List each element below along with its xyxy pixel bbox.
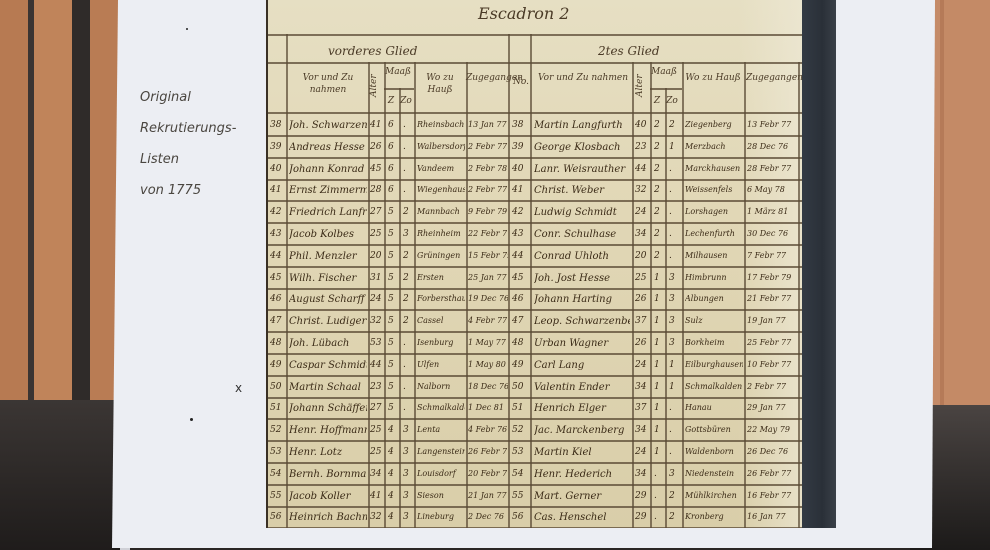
joined-date: 13 Febr 77 — [747, 120, 797, 129]
joined-date: 1 May 77 — [468, 338, 508, 347]
row-number: 55 — [512, 491, 530, 501]
col-header-feet: Z — [384, 95, 398, 107]
joined-date: 4 Febr 76 — [468, 425, 508, 434]
joined-date: 20 Febr 77 — [468, 469, 508, 478]
height-inches: . — [669, 447, 679, 457]
height-feet: 2 — [654, 229, 664, 239]
ledger-title: Escadron 2 — [478, 4, 569, 23]
height-feet: 2 — [654, 185, 664, 195]
height-inches: 1 — [669, 360, 679, 370]
height-feet: 1 — [654, 316, 664, 326]
height-feet: 2 — [654, 207, 664, 217]
height-inches: . — [669, 229, 679, 239]
recruit-age: 27 — [370, 403, 384, 413]
recruit-age: 31 — [370, 273, 384, 283]
recruit-age: 26 — [635, 338, 649, 348]
height-feet: 4 — [388, 512, 398, 522]
rule — [650, 88, 682, 90]
height-inches: 3 — [669, 273, 679, 283]
recruit-name: Martin Langfurth — [534, 120, 630, 131]
recruit-age: 41 — [370, 491, 384, 501]
recruit-name: Conr. Schulhase — [534, 229, 630, 240]
home-town: Lineburg — [417, 512, 465, 521]
home-town: Vandeem — [417, 164, 465, 173]
note-line: Listen — [140, 144, 270, 175]
home-town: Nalborn — [417, 382, 465, 391]
note-line: Rekrutierungs- — [140, 113, 270, 144]
height-inches: . — [669, 164, 679, 174]
joined-date: 30 Dec 76 — [747, 229, 797, 238]
row-number: 38 — [270, 120, 286, 130]
home-town: Sulz — [685, 316, 743, 325]
row-number: 46 — [270, 294, 286, 304]
joined-date: 18 Dec 76 — [468, 382, 508, 391]
height-inches: . — [403, 120, 413, 130]
recruit-age: 37 — [635, 403, 649, 413]
joined-date: 25 Febr 77 — [747, 338, 797, 347]
recruit-name: Carl Lang — [534, 360, 630, 371]
recruit-name: Johann Konrad — [289, 164, 367, 175]
height-inches: . — [669, 185, 679, 195]
ink-dot — [190, 418, 193, 421]
row-number: 43 — [270, 229, 286, 239]
joined-date: 28 Febr 77 — [747, 164, 797, 173]
joined-date: 2 Dec 76 — [468, 512, 508, 521]
row-number: 46 — [512, 294, 530, 304]
home-town: Ersten — [417, 273, 465, 282]
height-feet: 1 — [654, 360, 664, 370]
height-inches: 2 — [403, 273, 413, 283]
joined-date: 10 Febr 77 — [747, 360, 797, 369]
col-header-height: Maaß — [650, 66, 678, 78]
recruit-name: Ludwig Schmidt — [534, 207, 630, 218]
joined-date: 6 May 78 — [747, 185, 797, 194]
recruit-age: 32 — [370, 512, 384, 522]
recruit-age: 23 — [635, 142, 649, 152]
home-town: Schmalkalden — [417, 403, 465, 412]
joined-date: 2 Febr 78 — [468, 164, 508, 173]
height-inches: 3 — [403, 469, 413, 479]
col-header-feet: Z — [650, 95, 664, 107]
recruit-age: 34 — [635, 469, 649, 479]
height-inches: 3 — [403, 425, 413, 435]
row-number: 49 — [512, 360, 530, 370]
row-number: 40 — [512, 164, 530, 174]
row-number: 52 — [270, 425, 286, 435]
recruit-name: Valentin Ender — [534, 382, 630, 393]
recruit-age: 23 — [370, 382, 384, 392]
recruit-name: Heinrich Bachmann — [289, 512, 367, 523]
recruit-age: 20 — [370, 251, 384, 261]
height-inches: 2 — [403, 251, 413, 261]
joined-date: 19 Dec 76 — [468, 294, 508, 303]
recruit-name: Bernh. Bornmann — [289, 469, 367, 480]
row-number: 45 — [270, 273, 286, 283]
joined-date: 26 Febr 77 — [468, 447, 508, 456]
joined-date: 16 Febr 77 — [747, 491, 797, 500]
recruit-age: 44 — [635, 164, 649, 174]
height-feet: 5 — [388, 382, 398, 392]
joined-date: 17 Febr 79 — [747, 273, 797, 282]
col-header-home: Wo zu Hauß — [416, 72, 464, 96]
height-feet: 5 — [388, 294, 398, 304]
recruit-name: Martin Schaal — [289, 382, 367, 393]
recruit-name: Jac. Marckenberg — [534, 425, 630, 436]
recruit-age: 29 — [635, 512, 649, 522]
table-row: 56 Heinrich Bachmann 32 4 3 Lineburg 2 D… — [268, 506, 802, 528]
recruit-name: Phil. Menzler — [289, 251, 367, 262]
row-number: 48 — [512, 338, 530, 348]
height-feet: . — [654, 512, 664, 522]
recruit-name: Henr. Hoffmann — [289, 425, 367, 436]
recruit-age: 40 — [635, 120, 649, 130]
recruit-name: Cas. Henschel — [534, 512, 630, 523]
home-town: Hanau — [685, 403, 743, 412]
joined-date: 25 Jan 77 — [468, 273, 508, 282]
recruit-age: 24 — [635, 360, 649, 370]
recruit-age: 37 — [635, 316, 649, 326]
margin-mark: x — [235, 381, 242, 395]
row-number: 53 — [512, 447, 530, 457]
col-header-inches: Zo — [399, 95, 413, 107]
joined-date: 13 Jan 77 — [468, 120, 508, 129]
row-number: 52 — [512, 425, 530, 435]
height-inches: 2 — [669, 491, 679, 501]
col-header-joined: Zugegangen — [466, 72, 506, 84]
joined-date: 21 Jan 77 — [468, 491, 508, 500]
height-inches: 1 — [669, 382, 679, 392]
joined-date: 7 Febr 77 — [747, 251, 797, 260]
home-town: Borkheim — [685, 338, 743, 347]
joined-date: 29 Jan 77 — [747, 403, 797, 412]
home-town: Mühlkirchen — [685, 491, 743, 500]
recruit-name: August Scharff — [289, 294, 367, 305]
recruit-age: 41 — [370, 120, 384, 130]
height-feet: 5 — [388, 207, 398, 217]
home-town: Louisdorf — [417, 469, 465, 478]
handwritten-note: Original Rekrutierungs- Listen von 1775 — [140, 82, 270, 206]
height-feet: 6 — [388, 185, 398, 195]
row-number: 54 — [270, 469, 286, 479]
height-feet: 5 — [388, 316, 398, 326]
height-inches: 3 — [669, 469, 679, 479]
col-header-height: Maaß — [384, 66, 412, 78]
recruit-name: Caspar Schmidt — [289, 360, 367, 371]
rule — [268, 34, 802, 36]
recruit-name: Friedrich Lanfried — [289, 207, 367, 218]
height-inches: 3 — [403, 447, 413, 457]
joined-date: 26 Dec 76 — [747, 447, 797, 456]
row-number: 56 — [270, 512, 286, 522]
home-town: Himbrunn — [685, 273, 743, 282]
height-feet: 5 — [388, 338, 398, 348]
height-inches: . — [403, 360, 413, 370]
col-header-joined: Zugegangen — [746, 72, 796, 84]
joined-date: 2 Febr 77 — [468, 142, 508, 151]
recruit-age: 20 — [635, 251, 649, 261]
home-town: Rheinheim — [417, 229, 465, 238]
row-number: 54 — [512, 469, 530, 479]
joined-date: 1 März 81 — [747, 207, 797, 216]
note-line: Original — [140, 82, 270, 113]
recruit-name: Mart. Gerner — [534, 491, 630, 502]
recruit-name: Jacob Kolbes — [289, 229, 367, 240]
home-town: Weissenfels — [685, 185, 743, 194]
recruit-age: 24 — [635, 207, 649, 217]
height-inches: . — [403, 142, 413, 152]
home-town: Merzbach — [685, 142, 743, 151]
height-feet: 5 — [388, 251, 398, 261]
recruit-age: 34 — [635, 229, 649, 239]
height-feet: 1 — [654, 338, 664, 348]
home-town: Mannbach — [417, 207, 465, 216]
height-inches: 3 — [403, 512, 413, 522]
home-town: Ulfen — [417, 360, 465, 369]
row-number: 39 — [512, 142, 530, 152]
rule — [268, 62, 802, 64]
row-number: 47 — [512, 316, 530, 326]
recruit-age: 34 — [635, 382, 649, 392]
recruit-age: 34 — [635, 425, 649, 435]
recruit-name: Lanr. Weisrauther — [534, 164, 630, 175]
height-feet: 4 — [388, 469, 398, 479]
recruit-name: Henrich Elger — [534, 403, 630, 414]
recruit-age: 26 — [370, 142, 384, 152]
home-town: Eilburghausen — [685, 360, 743, 369]
joined-date: 28 Dec 76 — [747, 142, 797, 151]
height-feet: 5 — [388, 273, 398, 283]
joined-date: 22 May 79 — [747, 425, 797, 434]
recruit-age: 29 — [635, 491, 649, 501]
home-town: Wiegenhausen — [417, 185, 465, 194]
joined-date: 9 Febr 79 — [468, 207, 508, 216]
recruit-name: Joh. Schwarzenberg — [289, 120, 367, 131]
recruit-name: Johann Harting — [534, 294, 630, 305]
height-inches: 1 — [669, 142, 679, 152]
recruit-age: 25 — [370, 425, 384, 435]
recruit-age: 25 — [370, 447, 384, 457]
recruit-name: Joh. Jost Hesse — [534, 273, 630, 284]
height-feet: 1 — [654, 294, 664, 304]
recruit-age: 53 — [370, 338, 384, 348]
height-inches: 2 — [403, 207, 413, 217]
joined-date: 2 Febr 77 — [747, 382, 797, 391]
home-town: Lechenfurth — [685, 229, 743, 238]
recruit-age: 26 — [635, 294, 649, 304]
recruit-name: Henr. Lotz — [289, 447, 367, 458]
recruit-name: Christ. Ludiger — [289, 316, 367, 327]
recruit-age: 32 — [370, 316, 384, 326]
recruit-age: 28 — [370, 185, 384, 195]
home-town: Schmalkalden — [685, 382, 743, 391]
height-inches: . — [669, 403, 679, 413]
joined-date: 4 Febr 77 — [468, 316, 508, 325]
recruit-name: Johann Schäffer — [289, 403, 367, 414]
row-number: 56 — [512, 512, 530, 522]
recruit-name: Martin Kiel — [534, 447, 630, 458]
row-number: 41 — [512, 185, 530, 195]
joined-date: 21 Febr 77 — [747, 294, 797, 303]
col-header-name: Vor und Zu nahmen — [538, 72, 628, 84]
joined-date: 15 Febr 79 — [468, 251, 508, 260]
height-feet: 1 — [654, 447, 664, 457]
row-number: 49 — [270, 360, 286, 370]
height-feet: 5 — [388, 403, 398, 413]
row-number: 45 — [512, 273, 530, 283]
row-number: 55 — [270, 491, 286, 501]
recruit-age: 24 — [370, 294, 384, 304]
row-number: 53 — [270, 447, 286, 457]
home-town: Ziegenberg — [685, 120, 743, 129]
recruit-name: Jacob Koller — [289, 491, 367, 502]
note-line: von 1775 — [140, 175, 270, 206]
row-number: 51 — [270, 403, 286, 413]
col-header-age: Alter — [634, 66, 648, 106]
home-town: Walbersdorf — [417, 142, 465, 151]
home-town: Milhausen — [685, 251, 743, 260]
height-inches: 2 — [669, 512, 679, 522]
joined-date: 22 Febr 77 — [468, 229, 508, 238]
home-town: Waldenborn — [685, 447, 743, 456]
recruit-age: 25 — [635, 273, 649, 283]
row-number: 42 — [270, 207, 286, 217]
height-feet: 2 — [654, 251, 664, 261]
home-town: Isenburg — [417, 338, 465, 347]
height-inches: 3 — [669, 294, 679, 304]
register-page: Escadron 2 vorderes Glied 2tes Glied Vor… — [266, 0, 802, 528]
height-feet: 1 — [654, 425, 664, 435]
home-town: Langenstein — [417, 447, 465, 456]
height-feet: . — [654, 491, 664, 501]
height-feet: . — [654, 469, 664, 479]
row-number: 41 — [270, 185, 286, 195]
height-inches: . — [669, 251, 679, 261]
recruit-name: Henr. Hederich — [534, 469, 630, 480]
height-inches: . — [403, 338, 413, 348]
home-town: Gottsbüren — [685, 425, 743, 434]
height-feet: 4 — [388, 425, 398, 435]
height-feet: 5 — [388, 229, 398, 239]
height-feet: 2 — [654, 120, 664, 130]
joined-date: 1 Dec 81 — [468, 403, 508, 412]
row-number: 43 — [512, 229, 530, 239]
height-inches: 2 — [403, 294, 413, 304]
height-feet: 6 — [388, 164, 398, 174]
row-number: 48 — [270, 338, 286, 348]
recruit-age: 32 — [635, 185, 649, 195]
joined-date: 1 May 80 — [468, 360, 508, 369]
recruit-name: Christ. Weber — [534, 185, 630, 196]
home-town: Sieson — [417, 491, 465, 500]
home-town: Rheinsbach — [417, 120, 465, 129]
rule — [384, 88, 414, 90]
recruit-name: Wilh. Fischer — [289, 273, 367, 284]
height-feet: 4 — [388, 447, 398, 457]
joined-date: 19 Jan 77 — [747, 316, 797, 325]
col-header-age: Alter — [368, 66, 382, 106]
row-number: 39 — [270, 142, 286, 152]
recruit-name: George Klosbach — [534, 142, 630, 153]
row-number: 42 — [512, 207, 530, 217]
home-town: Niedenstein — [685, 469, 743, 478]
recruit-age: 34 — [370, 469, 384, 479]
col-header-inches: Zo — [665, 95, 679, 107]
row-number: 50 — [270, 382, 286, 392]
joined-date: 2 Febr 77 — [468, 185, 508, 194]
height-feet: 2 — [654, 164, 664, 174]
row-number: 44 — [270, 251, 286, 261]
recruit-name: Leop. Schwarzenberg — [534, 316, 630, 327]
background-left — [0, 0, 130, 550]
home-town: Grüningen — [417, 251, 465, 260]
height-inches: 2 — [403, 316, 413, 326]
col-header-name: Vor und Zu nahmen — [288, 72, 368, 96]
height-inches: . — [403, 164, 413, 174]
book-binding-edge — [802, 0, 836, 528]
height-inches: 2 — [669, 120, 679, 130]
home-town: Marckhausen — [685, 164, 743, 173]
home-town: Lenta — [417, 425, 465, 434]
recruit-age: 24 — [635, 447, 649, 457]
background-floor-left — [0, 400, 120, 550]
height-feet: 2 — [654, 142, 664, 152]
group-header-right: 2tes Glied — [598, 44, 660, 58]
height-feet: 6 — [388, 142, 398, 152]
recruit-name: Ernst Zimmermann — [289, 185, 367, 196]
recruit-name: Urban Wagner — [534, 338, 630, 349]
height-inches: . — [403, 382, 413, 392]
height-feet: 6 — [388, 120, 398, 130]
recruit-name: Andreas Hesse — [289, 142, 367, 153]
recruit-age: 27 — [370, 207, 384, 217]
row-number: 50 — [512, 382, 530, 392]
group-header-left: vorderes Glied — [328, 44, 417, 58]
recruit-age: 44 — [370, 360, 384, 370]
recruit-age: 45 — [370, 164, 384, 174]
height-feet: 5 — [388, 360, 398, 370]
col-header-no: No. — [512, 76, 530, 88]
height-inches: . — [669, 207, 679, 217]
height-inches: . — [403, 185, 413, 195]
recruit-name: Conrad Uhloth — [534, 251, 630, 262]
ink-dot — [186, 28, 188, 30]
height-feet: 1 — [654, 382, 664, 392]
home-town: Cassel — [417, 316, 465, 325]
recruit-age: 25 — [370, 229, 384, 239]
joined-date: 16 Jan 77 — [747, 512, 797, 521]
height-inches: 3 — [669, 338, 679, 348]
height-inches: 3 — [669, 316, 679, 326]
home-town: Albungen — [685, 294, 743, 303]
joined-date: 26 Febr 77 — [747, 469, 797, 478]
row-number: 40 — [270, 164, 286, 174]
height-feet: 1 — [654, 403, 664, 413]
row-number: 44 — [512, 251, 530, 261]
recruit-name: Joh. Lübach — [289, 338, 367, 349]
height-inches: 3 — [403, 491, 413, 501]
row-number: 47 — [270, 316, 286, 326]
height-feet: 1 — [654, 273, 664, 283]
height-feet: 4 — [388, 491, 398, 501]
home-town: Lorshagen — [685, 207, 743, 216]
col-header-home: Wo zu Hauß — [684, 72, 742, 84]
home-town: Kronberg — [685, 512, 743, 521]
row-number: 38 — [512, 120, 530, 130]
height-inches: 3 — [403, 229, 413, 239]
height-inches: . — [669, 425, 679, 435]
height-inches: . — [403, 403, 413, 413]
row-number: 51 — [512, 403, 530, 413]
